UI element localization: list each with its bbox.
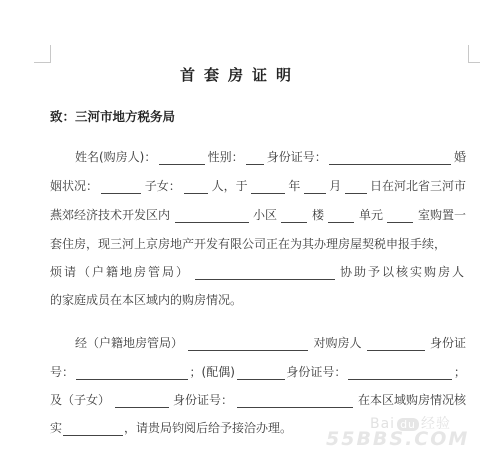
buyer-id-blank[interactable] [76, 367, 188, 380]
children-name-blank[interactable] [115, 395, 169, 408]
request-label: 烦请（户籍地房管局） [50, 263, 190, 280]
community-label: 小区 [253, 206, 277, 223]
verify-blank[interactable] [63, 423, 123, 436]
year-blank[interactable] [251, 181, 285, 194]
community-blank[interactable] [175, 210, 249, 223]
p2-line1: 经（户籍地房管局） 对购房人 身份证 [75, 334, 466, 351]
month-blank[interactable] [304, 181, 326, 194]
text-segment: 婚 [454, 148, 466, 165]
buyer-blank[interactable] [367, 338, 425, 351]
children-count-blank[interactable] [184, 181, 208, 194]
children-label: 及（子女） [50, 391, 110, 408]
spouse-label: ；(配偶) [190, 363, 235, 380]
gender-blank[interactable] [246, 152, 264, 165]
text-segment: 套住房，现三河上京房地产开发有限公司正在为其办理房屋契税申报手续， [50, 235, 446, 252]
zone-label: 燕郊经济技术开发区内 [50, 206, 170, 223]
buyer-name-label: 姓名(购房人)： [75, 148, 156, 165]
marital-status-blank[interactable] [101, 181, 141, 194]
children-label: 子女： [145, 177, 181, 194]
children-id-label: 身份证号： [173, 391, 233, 408]
text-segment: 日在河北省三河市 [370, 177, 466, 194]
persons-label: 人，于 [212, 177, 248, 194]
p2-line2: 号： ；(配偶) 身份证号： ； [50, 363, 466, 380]
text-segment: 身份证 [430, 334, 466, 351]
via-bureau-label: 经（户籍地房管局） [75, 334, 183, 351]
day-blank[interactable] [345, 181, 367, 194]
p1-line2: 姻状况： 子女： 人，于 年 月 日在河北省三河市 [50, 177, 466, 194]
addressee: 致：三河市地方税务局 [50, 107, 175, 125]
month-label: 月 [329, 177, 341, 194]
unit-label: 单元 [359, 206, 383, 223]
site-watermark: 55BBS.COM [326, 428, 469, 450]
p1-line1: 姓名(购房人)： 性别： 身份证号： 婚 [75, 148, 466, 165]
buyer-name-blank[interactable] [159, 152, 205, 165]
page-corner-mark-right [468, 45, 480, 63]
spouse-id-label: 身份证号： [286, 363, 346, 380]
spouse-name-blank[interactable] [237, 367, 285, 380]
id-label: 号： [50, 363, 74, 380]
building-label: 楼 [312, 206, 324, 223]
text-segment: 在本区域购房情况核 [358, 391, 466, 408]
via-bureau-blank[interactable] [188, 338, 308, 351]
gender-label: 性别： [208, 148, 244, 165]
page-corner-mark-left [34, 45, 51, 63]
text-segment: 的家庭成员在本区域内的购房情况。 [50, 291, 242, 308]
housing-bureau-blank[interactable] [195, 267, 335, 280]
verify-label: 实 [50, 419, 62, 436]
p1-line4: 套住房，现三河上京房地产开发有限公司正在为其办理房屋契税申报手续， [50, 235, 466, 252]
buyer-label: 对购房人 [313, 334, 361, 351]
id-number-label: 身份证号： [267, 148, 327, 165]
id-number-blank[interactable] [329, 152, 451, 165]
p1-line5: 烦请（户籍地房管局） 协助予以核实购房人 [50, 263, 466, 280]
document-title: 首套房证明 [0, 64, 480, 85]
text-segment: 协助予以核实购房人 [340, 263, 466, 280]
room-blank[interactable] [387, 210, 413, 223]
text-segment: 室购置一 [418, 206, 466, 223]
text-segment: ； [454, 363, 466, 380]
p1-line6: 的家庭成员在本区域内的购房情况。 [50, 291, 466, 308]
year-label: 年 [288, 177, 300, 194]
children-id-blank[interactable] [237, 395, 353, 408]
spouse-id-blank[interactable] [348, 367, 452, 380]
text-segment: ，请贵局钧阅后给予接洽办理。 [124, 419, 292, 436]
p1-line3: 燕郊经济技术开发区内 小区 楼 单元 室购置一 [50, 206, 466, 223]
p2-line3: 及（子女） 身份证号： 在本区域购房情况核 [50, 391, 466, 408]
building-blank[interactable] [281, 210, 307, 223]
unit-blank[interactable] [328, 210, 354, 223]
marital-status-label: 姻状况： [50, 177, 98, 194]
